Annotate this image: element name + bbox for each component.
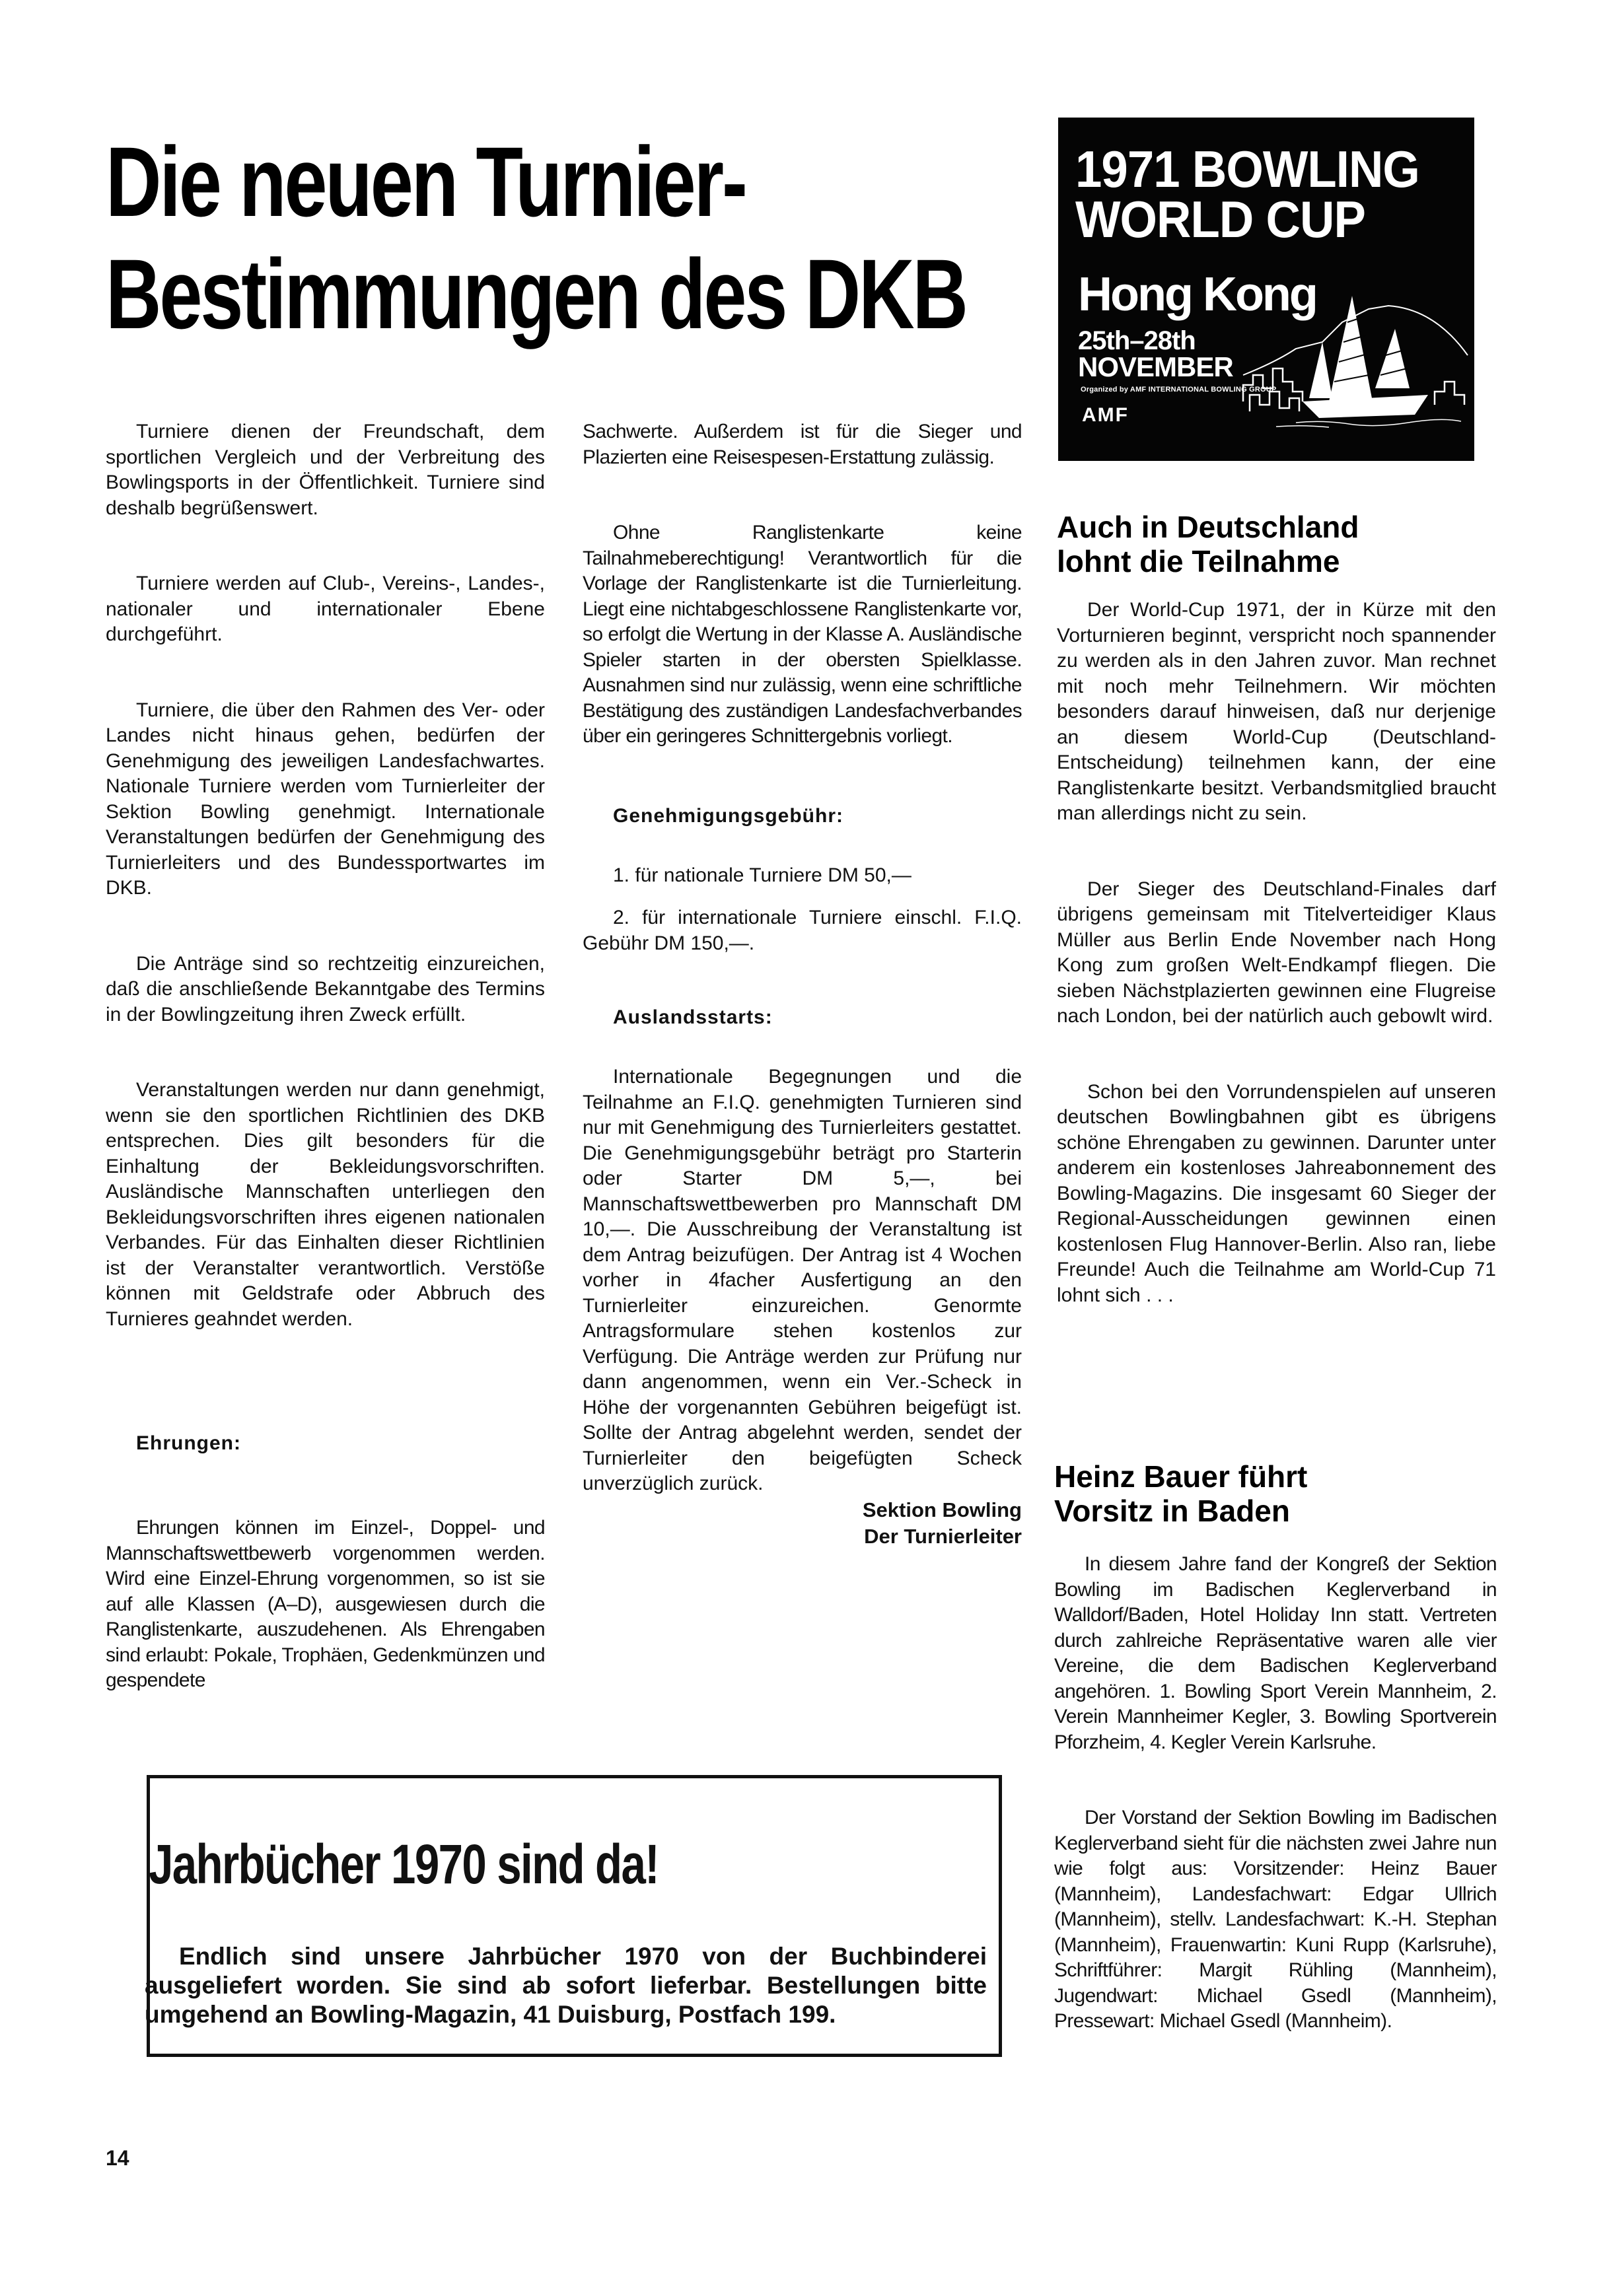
- notice-box: Jahrbücher 1970 sind da! Endlich sind un…: [147, 1775, 1002, 2057]
- fee-item-international: 2. für internationale Turniere einschl. …: [583, 905, 1022, 956]
- ad-title-line-2: WORLD CUP: [1075, 194, 1468, 244]
- junk-boat-icon: [1236, 269, 1474, 428]
- ad-month: NOVEMBER: [1078, 353, 1233, 382]
- page-number: 14: [106, 2146, 129, 2171]
- subheading-ehrungen: Ehrungen:: [106, 1431, 545, 1456]
- side-article-2-title-line-1: Heinz Bauer führt: [1054, 1459, 1490, 1494]
- paragraph: Sachwerte. Außerdem ist für die Sieger u…: [583, 419, 1022, 470]
- article-column-2: Sachwerte. Außerdem ist für die Sieger u…: [583, 419, 1022, 1550]
- ad-title: 1971 BOWLING WORLD CUP: [1075, 144, 1468, 244]
- paragraph: Ehrungen können im Einzel-, Doppel- und …: [106, 1515, 545, 1694]
- article-column-1: Turniere dienen der Freundschaft, dem sp…: [106, 419, 545, 1694]
- paragraph: Die Anträge sind so rechtzeitig einzurei…: [106, 952, 545, 1028]
- fee-item-national: 1. für nationale Turniere DM 50,—: [583, 863, 1022, 889]
- notice-body: Endlich sind unsere Jahrbücher 1970 von …: [145, 1942, 987, 2029]
- side-article-1-title: Auch in Deutschland lohnt die Teilnahme: [1057, 510, 1493, 578]
- side-article-1-body: Der World-Cup 1971, der in Kürze mit den…: [1057, 598, 1496, 1308]
- title-line-2: Bestimmungen des DKB: [106, 238, 1044, 350]
- amf-logo: AMF: [1082, 404, 1129, 427]
- notice-body-text: Endlich sind unsere Jahrbücher 1970 von …: [145, 1942, 987, 2029]
- side-article-2-body: In diesem Jahre fand der Kongreß der Sek…: [1054, 1552, 1497, 2035]
- ad-title-line-1: 1971 BOWLING: [1075, 144, 1468, 194]
- side-article-2-title: Heinz Bauer führt Vorsitz in Baden: [1054, 1459, 1490, 1528]
- paragraph: Der World-Cup 1971, der in Kürze mit den…: [1057, 598, 1496, 827]
- paragraph: Veranstaltungen werden nur dann genehmig…: [106, 1078, 545, 1332]
- paragraph: Internationale Begegnungen und die Teiln…: [583, 1064, 1022, 1497]
- signature-title: Der Turnierleiter: [583, 1523, 1022, 1550]
- side-article-2-title-line-2: Vorsitz in Baden: [1054, 1494, 1490, 1528]
- world-cup-advertisement: 1971 BOWLING WORLD CUP Hong Kong 25th–28…: [1058, 118, 1474, 461]
- paragraph: Ohne Ranglistenkarte keine Tailnahmebere…: [583, 520, 1022, 749]
- paragraph: Der Vorstand der Sektion Bowling im Badi…: [1054, 1805, 1497, 2035]
- side-article-1-title-line-1: Auch in Deutschland: [1057, 510, 1493, 544]
- paragraph: In diesem Jahre fand der Kongreß der Sek…: [1054, 1552, 1497, 1755]
- subheading-abroad: Auslandsstarts:: [583, 1005, 1022, 1030]
- subheading-fee: Genehmigungsgebühr:: [583, 804, 1022, 829]
- notice-box-inner: Jahrbücher 1970 sind da! Endlich sind un…: [150, 1778, 999, 2054]
- title-line-1: Die neuen Turnier-: [106, 125, 1044, 238]
- paragraph: Turniere werden auf Club-, Vereins-, Lan…: [106, 571, 545, 648]
- page-title: Die neuen Turnier- Bestimmungen des DKB: [106, 125, 1044, 350]
- signature-section: Sektion Bowling: [583, 1497, 1022, 1523]
- paragraph: Schon bei den Vorrundenspielen auf unser…: [1057, 1080, 1496, 1309]
- paragraph: Der Sieger des Deutschland-Finales darf …: [1057, 877, 1496, 1029]
- paragraph: Turniere dienen der Freundschaft, dem sp…: [106, 419, 545, 521]
- side-article-1-title-line-2: lohnt die Teilnahme: [1057, 544, 1493, 578]
- paragraph: Turniere, die über den Rahmen des Ver- o…: [106, 698, 545, 901]
- notice-title: Jahrbücher 1970 sind da!: [149, 1834, 888, 1894]
- ad-dates: 25th–28th: [1078, 328, 1196, 354]
